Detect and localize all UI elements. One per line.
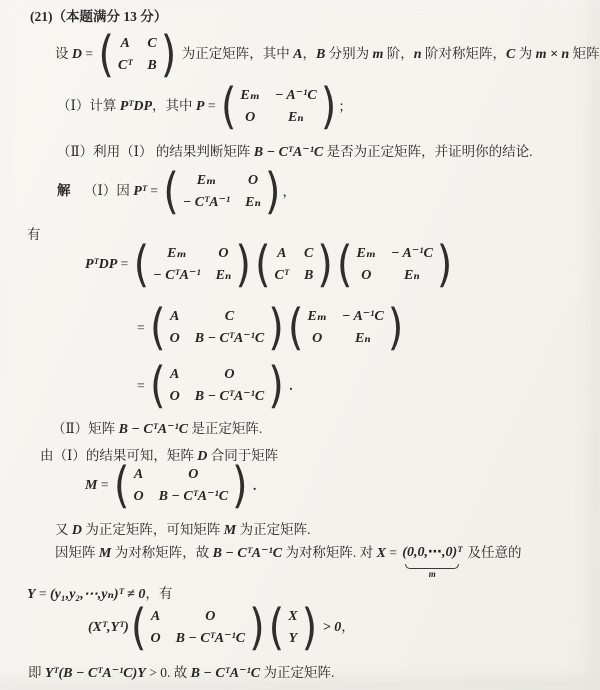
text-run: (Xᵀ,Yᵀ) — [88, 619, 129, 638]
matrix-cell: − A⁻¹C — [342, 308, 384, 327]
text-segment: = — [97, 476, 111, 494]
text-segment: 即 — [28, 664, 45, 682]
document-page: (21)（本题满分 13 分） 设 D = ( A C Cᵀ B ) 为正定矩阵… — [0, 0, 600, 690]
matrix-cell: A — [277, 245, 286, 264]
equation-step2: = ( A C O B − CᵀA⁻¹C ) ( Eₘ − A⁻¹C O Eₙ … — [137, 306, 405, 351]
matrix-cell: Eₙ — [245, 194, 261, 213]
matrix-cell: Eₙ — [288, 109, 304, 128]
left-paren: ( — [150, 362, 166, 411]
right-paren: ) — [321, 83, 337, 132]
text-segment: P — [196, 98, 205, 117]
equation-step3: = ( A O O B − CᵀA⁻¹C ) . — [137, 364, 293, 409]
matrix-cell: O — [218, 245, 228, 264]
left-paren: ( — [288, 304, 304, 353]
text-run: 因矩阵 M 为对称矩阵，故 B − CᵀA⁻¹C 为对称矩阵. 对 X = — [55, 544, 400, 564]
text-run: 解 （Ⅰ）因 Pᵀ = — [57, 182, 161, 202]
text-segment: = — [117, 255, 131, 273]
text-segment: D — [72, 46, 82, 65]
text-segment: = — [82, 45, 96, 63]
matrix-cells: Eₘ O − CᵀA⁻¹ Eₙ — [149, 243, 235, 288]
text-segment: 又 — [55, 521, 72, 539]
left-paren: ( — [221, 83, 237, 132]
text-segment: > 0 — [319, 619, 341, 638]
matrix-cell: O — [133, 488, 143, 507]
matrix-cell: O — [150, 630, 160, 649]
text-run: 为正定矩阵，其中 A，B 分别为 m 阶，n 阶对称矩阵，C 为 m × n 矩… — [178, 45, 600, 65]
text-segment: 是否为正定矩阵，并证明你的结论. — [323, 143, 532, 161]
text-segment: 是正定矩阵. — [188, 420, 262, 438]
text-segment: B — [316, 46, 325, 65]
text-run: . — [250, 477, 257, 495]
matrix-cell: O — [205, 608, 215, 627]
matrix-cells: A C O B − CᵀA⁻¹C — [166, 306, 269, 351]
matrix-cells: A O O B − CᵀA⁻¹C — [146, 606, 249, 651]
text-segment: （Ⅱ）利用（Ⅰ） 的结果判断矩阵 — [57, 143, 254, 161]
matrix-P: ( Eₘ − A⁻¹C O Eₙ ) — [221, 85, 337, 130]
problem-header: (21)（本题满分 13 分） — [30, 8, 167, 26]
matrix-cell: Eₙ — [355, 330, 371, 349]
matrix-M: ( A O O B − CᵀA⁻¹C ) — [114, 464, 248, 509]
left-paren: ( — [98, 31, 114, 80]
left-paren: ( — [134, 241, 150, 290]
equation-M: M = ( A O O B − CᵀA⁻¹C ) . — [85, 464, 256, 509]
text-segment: = — [137, 377, 148, 395]
text-run: 有 — [27, 226, 41, 244]
left-paren: ( — [163, 168, 179, 217]
text-segment: D — [72, 522, 82, 541]
text-segment: B − CᵀA⁻¹C — [213, 545, 282, 564]
matrix-cells: Eₘ − A⁻¹C O Eₙ — [236, 85, 320, 130]
matrix-cell: C — [147, 35, 156, 54]
text-segment: 为正定矩阵. — [236, 521, 310, 539]
matrix-cell: Eₘ — [197, 172, 217, 191]
right-paren: ) — [249, 604, 265, 653]
matrix-cell: Cᵀ — [118, 57, 132, 76]
matrix-cell: − CᵀA⁻¹ — [183, 194, 230, 213]
left-paren: ( — [255, 241, 271, 290]
matrix-cell: Eₘ — [357, 245, 377, 264]
matrix-cell: − A⁻¹C — [391, 245, 433, 264]
text-segment: ， — [341, 618, 355, 636]
text-segment: m — [373, 46, 384, 65]
text-segment: C — [506, 46, 515, 65]
matrix-cell: B − CᵀA⁻¹C — [195, 388, 264, 407]
text-segment: = — [137, 319, 148, 337]
matrix-cell: B — [304, 267, 313, 286]
text-segment: X — [377, 545, 386, 564]
text-segment: = — [147, 182, 161, 200]
line-conclusion: 即 Yᵀ(B − CᵀA⁻¹C)Y > 0. 故 B − CᵀA⁻¹C 为正定矩… — [28, 664, 334, 684]
text-segment: = — [386, 544, 400, 562]
text-segment: ， — [283, 183, 297, 201]
text-segment: = — [36, 585, 50, 603]
matrix-cell: Cᵀ — [275, 267, 289, 286]
matrix-cells: A O O B − CᵀA⁻¹C — [129, 464, 232, 509]
left-paren: ( — [114, 462, 130, 511]
text-segment: B − CᵀA⁻¹C — [191, 665, 260, 684]
underbrace-label: m — [429, 570, 436, 579]
text-segment: (21)（本题满分 13 分） — [30, 8, 167, 26]
right-paren: ) — [437, 241, 453, 290]
text-run: 即 Yᵀ(B − CᵀA⁻¹C)Y > 0. 故 B − CᵀA⁻¹C 为正定矩… — [28, 664, 334, 684]
matrix-upper-triangular: ( A C O B − CᵀA⁻¹C ) — [150, 306, 284, 351]
text-segment: M — [224, 522, 236, 541]
text-segment: PᵀDP — [120, 98, 152, 117]
matrix-cell: O — [312, 330, 322, 349]
matrix-cell: A — [121, 35, 130, 54]
text-segment: 为正定矩阵，其中 — [178, 45, 293, 63]
text-run: ； — [338, 98, 352, 116]
equation-ptdp-expand: PᵀDP = ( Eₘ O − CᵀA⁻¹ Eₙ ) ( A C Cᵀ B ) … — [85, 243, 454, 288]
left-paren: ( — [150, 304, 166, 353]
matrix-cell: O — [170, 330, 180, 349]
line-y-vector: Y = (y₁,y₂,⋯,yₙ)ᵀ ≠ 0，有 — [27, 585, 172, 605]
matrix-cell: A — [151, 608, 160, 627]
text-segment: M — [99, 545, 111, 564]
right-paren: ) — [268, 362, 284, 411]
text-segment: . — [250, 477, 257, 495]
text-segment: 分别为 — [325, 45, 372, 63]
text-segment: 设 — [55, 45, 72, 63]
right-paren: ) — [235, 241, 251, 290]
text-segment: （Ⅱ）矩阵 — [52, 420, 119, 438]
text-segment: Yᵀ(B − CᵀA⁻¹C)Y — [45, 665, 146, 684]
text-segment: 为对称矩阵，故 — [111, 544, 212, 562]
matrix-cell: A — [134, 466, 143, 485]
matrix-D: ( A C Cᵀ B ) — [255, 243, 333, 288]
matrix-cell: B − CᵀA⁻¹C — [159, 488, 228, 507]
text-segment: 矩阵. — [569, 45, 600, 63]
matrix-cell: O — [245, 109, 255, 128]
text-segment: M — [85, 477, 97, 496]
matrix-cells: A C Cᵀ B — [114, 33, 161, 78]
matrix-cell: C — [225, 308, 234, 327]
text-run: 设 D = — [55, 45, 96, 65]
text-run: （Ⅰ）计算 PᵀDP，其中 P = — [57, 97, 219, 117]
text-segment: . — [286, 377, 293, 395]
matrix-cells: A O O B − CᵀA⁻¹C — [166, 364, 269, 409]
matrix-block-diagonal: ( A O O B − CᵀA⁻¹C ) — [150, 364, 284, 409]
right-paren: ) — [265, 168, 281, 217]
text-segment: Pᵀ — [133, 183, 147, 202]
text-segment: m × n — [536, 46, 570, 65]
underbrace-group: (0,0,⋯,0)ᵀ m — [402, 544, 462, 579]
text-run: = — [137, 319, 148, 337]
matrix-cell: Y — [289, 630, 298, 649]
text-run: （Ⅱ）矩阵 B − CᵀA⁻¹C 是正定矩阵. — [52, 420, 262, 440]
matrix-cell: Eₙ — [404, 267, 420, 286]
text-segment: ，有 — [145, 585, 172, 603]
matrix-cells: Eₘ − A⁻¹C O Eₙ — [353, 243, 437, 288]
matrix-P-transpose: ( Eₘ O − CᵀA⁻¹ Eₙ ) — [163, 170, 280, 215]
text-run: 及任意的 — [464, 544, 521, 562]
text-segment: (Xᵀ,Yᵀ) — [88, 619, 129, 638]
text-run: PᵀDP = — [85, 255, 132, 275]
line-symmetric: 因矩阵 M 为对称矩阵，故 B − CᵀA⁻¹C 为对称矩阵. 对 X = (0… — [55, 544, 522, 579]
matrix-cell: A — [170, 308, 179, 327]
left-paren: ( — [269, 604, 285, 653]
line-you: 有 — [27, 226, 41, 244]
text-segment: 为 — [515, 45, 535, 63]
matrix-P: ( Eₘ − A⁻¹C O Eₙ ) — [337, 243, 453, 288]
matrix-cell: − A⁻¹C — [275, 87, 317, 106]
text-segment: 因矩阵 — [55, 544, 99, 562]
right-paren: ) — [268, 304, 284, 353]
text-run: > 0， — [319, 618, 354, 638]
matrix-cell: Eₘ — [240, 87, 260, 106]
matrix-cell: X — [288, 608, 297, 627]
text-segment: （Ⅰ）因 — [84, 182, 133, 200]
text-segment: （Ⅰ）计算 — [57, 97, 120, 115]
matrix-P-transpose: ( Eₘ O − CᵀA⁻¹ Eₙ ) — [134, 243, 251, 288]
right-paren: ) — [317, 241, 333, 290]
text-run: Y = (y₁,y₂,⋯,yₙ)ᵀ ≠ 0，有 — [27, 585, 172, 605]
right-paren: ) — [161, 31, 177, 80]
text-segment: 为正定矩阵. — [260, 664, 334, 682]
text-segment: > 0. 故 — [146, 664, 191, 682]
text-segment: 为对称矩阵. 对 — [282, 544, 377, 562]
text-segment: PᵀDP — [85, 256, 117, 275]
right-paren: ) — [232, 462, 248, 511]
text-segment: 及任意的 — [464, 544, 521, 562]
matrix-cell: C — [304, 245, 313, 264]
matrix-cells: Eₘ − A⁻¹C O Eₙ — [303, 306, 387, 351]
matrix-cell: O — [361, 267, 371, 286]
matrix-cells: A C Cᵀ B — [271, 243, 318, 288]
matrix-cell: Eₘ — [307, 308, 327, 327]
text-segment: 为正定矩阵，可知矩阵 — [82, 521, 224, 539]
text-run: M = — [85, 476, 112, 496]
left-paren: ( — [131, 604, 147, 653]
text-segment: ， — [302, 45, 316, 63]
text-segment: A — [293, 46, 302, 65]
text-segment: = — [204, 97, 218, 115]
text-segment: 有 — [27, 226, 41, 244]
matrix-cells: X Y — [284, 606, 301, 651]
right-paren: ) — [388, 304, 404, 353]
zero-vector-expression: (0,0,⋯,0)ᵀ — [402, 544, 462, 563]
text-segment: Y — [27, 586, 36, 605]
text-run: (21)（本题满分 13 分） — [30, 8, 167, 26]
text-segment: 解 — [57, 182, 84, 200]
matrix-cell: − CᵀA⁻¹ — [153, 267, 200, 286]
text-segment: B − CᵀA⁻¹C — [254, 144, 323, 163]
line-part2: （Ⅱ）利用（Ⅰ） 的结果判断矩阵 B − CᵀA⁻¹C 是否为正定矩阵，并证明你… — [57, 143, 533, 163]
matrix-cell: Eₘ — [167, 245, 187, 264]
matrix-cell: Eₙ — [216, 267, 232, 286]
matrix-cell: B − CᵀA⁻¹C — [195, 330, 264, 349]
line-posdef: 又 D 为正定矩阵，可知矩阵 M 为正定矩阵. — [55, 521, 310, 541]
line-claim: （Ⅱ）矩阵 B − CᵀA⁻¹C 是正定矩阵. — [52, 420, 262, 440]
text-segment: ； — [338, 98, 352, 116]
line-part1: （Ⅰ）计算 PᵀDP，其中 P = ( Eₘ − A⁻¹C O Eₙ ) ； — [57, 85, 352, 130]
text-segment: 阶， — [383, 45, 413, 63]
matrix-cell: O — [224, 366, 234, 385]
matrix-cell: O — [248, 172, 258, 191]
text-run: = — [137, 377, 148, 395]
matrix-cell: B − CᵀA⁻¹C — [176, 630, 245, 649]
text-segment: B − CᵀA⁻¹C — [119, 421, 188, 440]
vector-XY: ( X Y ) — [269, 606, 318, 651]
line-intro: 设 D = ( A C Cᵀ B ) 为正定矩阵，其中 A，B 分别为 m 阶，… — [55, 33, 600, 78]
line-solution-start: 解 （Ⅰ）因 Pᵀ = ( Eₘ O − CᵀA⁻¹ Eₙ ) ， — [57, 170, 296, 215]
text-run: ， — [283, 183, 297, 201]
right-paren: ) — [302, 604, 318, 653]
matrix-D: ( A C Cᵀ B ) — [98, 33, 176, 78]
matrix-cell: B — [147, 57, 156, 76]
text-segment: n — [414, 46, 422, 65]
matrix-P: ( Eₘ − A⁻¹C O Eₙ ) — [288, 306, 404, 351]
equation-quadratic-form: (Xᵀ,Yᵀ) ( A O O B − CᵀA⁻¹C ) ( X Y ) > 0… — [88, 606, 355, 651]
text-run: （Ⅱ）利用（Ⅰ） 的结果判断矩阵 B − CᵀA⁻¹C 是否为正定矩阵，并证明你… — [57, 143, 533, 163]
matrix-cell: O — [170, 388, 180, 407]
text-segment: ，其中 — [152, 97, 196, 115]
matrix-cell: A — [170, 366, 179, 385]
left-paren: ( — [337, 241, 353, 290]
text-segment: 阶对称矩阵， — [422, 45, 506, 63]
matrix-M: ( A O O B − CᵀA⁻¹C ) — [131, 606, 265, 651]
text-run: . — [286, 377, 293, 395]
matrix-cells: Eₘ O − CᵀA⁻¹ Eₙ — [179, 170, 265, 215]
text-run: 又 D 为正定矩阵，可知矩阵 M 为正定矩阵. — [55, 521, 310, 541]
matrix-cell: O — [188, 466, 198, 485]
